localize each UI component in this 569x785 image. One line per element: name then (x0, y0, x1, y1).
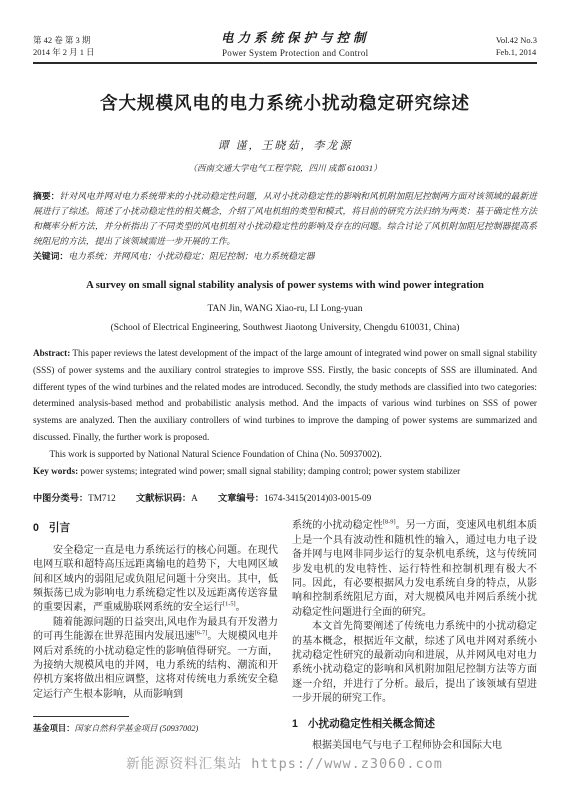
journal-header: 第 42 卷 第 3 期 2014 年 2 月 1 日 电力系统保护与控制 Po… (33, 28, 537, 64)
section-heading-1: 1小扰动稳定性相关概念简述 (292, 717, 537, 731)
authors-en: TAN Jin, WANG Xiao-ru, LI Long-yuan (33, 304, 537, 314)
keywords-cn-label: 关键词： (33, 251, 68, 261)
section-heading-0: 0引言 (33, 521, 278, 535)
left-paragraph-1: 安全稳定一直是电力系统运行的核心问题。在现代电网互联和超特高压远距离输电的趋势下… (33, 544, 278, 616)
keywords-cn: 关键词：电力系统；并网风电；小扰动稳定；阻尼控制；电力系统稳定器 (33, 249, 537, 264)
funding-footnote: 基金项目：国家自然科学基金项目 (50937002) (33, 716, 278, 736)
header-issue-en: Vol.42 No.3 Feb.1, 2014 (496, 34, 537, 58)
right-paragraph-1: 系统的小扰动稳定性[8-9]。另一方面，变速风电机组本质上是一个具有波动性和随机… (292, 519, 537, 620)
citation-1-5: [1-5] (223, 601, 236, 608)
affiliation-cn: （西南交通大学电气工程学院，四川 成都 610031） (33, 162, 537, 174)
watermark: 新能源资料汇集站 https://www.z3060.com (0, 752, 569, 772)
abstract-cn-text: 针对风电并网对电力系统带来的小扰动稳定性问题，从对小扰动稳定性的影响和风机附加阻… (33, 191, 537, 246)
abstract-cn-label: 摘要： (33, 191, 60, 201)
volume-issue-en: Vol.42 No.3 (496, 34, 537, 46)
journal-name-cn: 电力系统保护与控制 (221, 28, 370, 46)
keywords-cn-text: 电力系统；并网风电；小扰动稳定；阻尼控制；电力系统稳定器 (68, 251, 314, 261)
left-paragraph-2: 随着能源问题的日益突出,风电作为最具有开发潜力的可再生能源在世界范围内发展迅速[… (33, 616, 278, 702)
document-code: 文献标识码：A (136, 493, 198, 503)
paper-title-en: A survey on small signal stability analy… (33, 280, 537, 291)
footnote-rule (33, 716, 129, 717)
abstract-en-label: Abstract: (33, 348, 70, 358)
paper-page: 第 42 卷 第 3 期 2014 年 2 月 1 日 电力系统保护与控制 Po… (0, 0, 569, 785)
affiliation-en: (School of Electrical Engineering, South… (33, 323, 537, 333)
abstract-en: Abstract: This paper reviews the latest … (33, 345, 537, 479)
authors-cn: 谭 谨，王晓茹，李龙源 (33, 137, 537, 153)
citation-8-9: [8-9] (383, 519, 396, 526)
left-column: 0引言 安全稳定一直是电力系统运行的核心问题。在现代电网互联和超特高压远距离输电… (33, 519, 278, 753)
abstract-en-text: This paper reviews the latest developmen… (33, 348, 537, 442)
header-issue-cn: 第 42 卷 第 3 期 2014 年 2 月 1 日 (33, 34, 95, 58)
right-paragraph-2: 本文首先简要阐述了传统电力系统中的小扰动稳定的基本概念，根据近年文献，综述了风电… (292, 620, 537, 706)
classification-line: 中图分类号：TM712 文献标识码：A 文章编号：1674-3415(2014)… (33, 490, 537, 504)
journal-name-en: Power System Protection and Control (221, 48, 370, 58)
volume-issue-cn: 第 42 卷 第 3 期 (33, 34, 95, 46)
funding-footnote-text: 基金项目：国家自然科学基金项目 (50937002) (33, 722, 278, 736)
keywords-en-text: power systems; integrated wind power; sm… (80, 466, 460, 476)
abstract-cn: 摘要：针对风电并网对电力系统带来的小扰动稳定性问题，从对小扰动稳定性的影响和风机… (33, 189, 537, 249)
abstract-en-body: Abstract: This paper reviews the latest … (33, 345, 537, 446)
citation-6-7: [6-7] (195, 630, 208, 637)
page-content: 第 42 卷 第 3 期 2014 年 2 月 1 日 电力系统保护与控制 Po… (33, 28, 537, 753)
article-id: 文章编号：1674-3415(2014)03-0015-09 (218, 493, 371, 503)
date-en: Feb.1, 2014 (496, 46, 537, 58)
date-cn: 2014 年 2 月 1 日 (33, 46, 95, 58)
right-column: 系统的小扰动稳定性[8-9]。另一方面，变速风电机组本质上是一个具有波动性和随机… (292, 519, 537, 753)
journal-name-block: 电力系统保护与控制 Power System Protection and Co… (221, 28, 370, 58)
two-column-body: 0引言 安全稳定一直是电力系统运行的核心问题。在现代电网互联和超特高压远距离输电… (33, 519, 537, 753)
keywords-en: Key words: power systems; integrated win… (33, 463, 537, 480)
funding-note-en: This work is supported by National Natur… (33, 446, 537, 463)
clc-number: 中图分类号：TM712 (33, 493, 116, 503)
keywords-en-label: Key words: (33, 466, 78, 476)
paper-title-cn: 含大规模风电的电力系统小扰动稳定研究综述 (33, 90, 537, 115)
